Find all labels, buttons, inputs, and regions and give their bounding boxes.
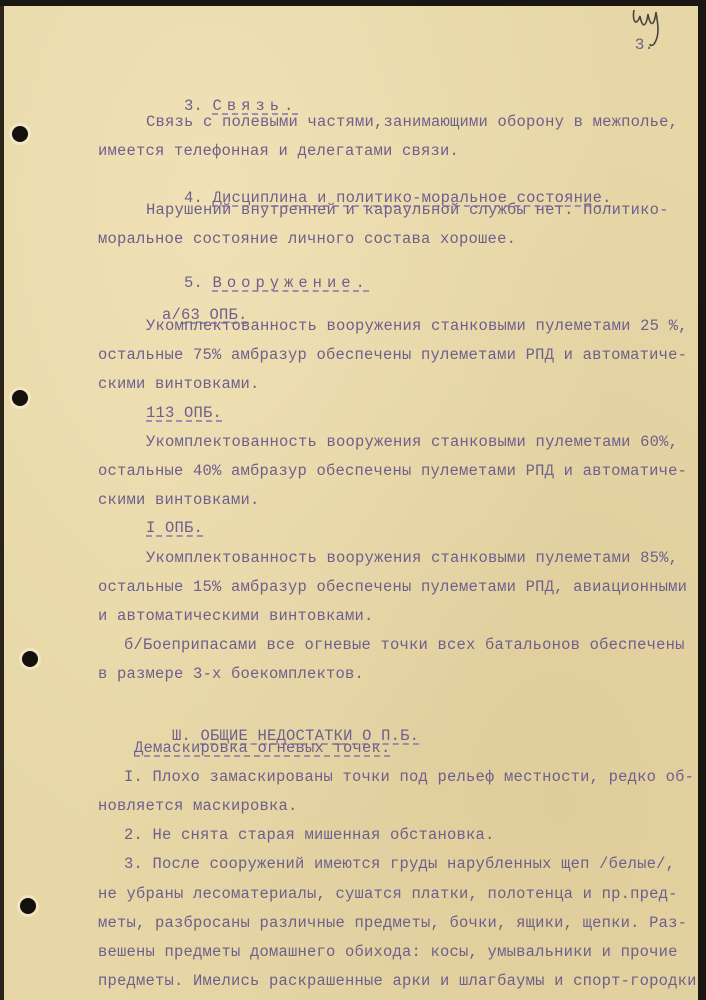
punch-hole — [12, 390, 28, 406]
section-iii-subtitle: Демаскировка огневых точек. — [134, 739, 391, 757]
unit-1-title: I ОПБ. — [146, 519, 203, 537]
text-line: скими винтовками. — [98, 375, 260, 393]
text-line: в размере 3-х боекомплектов. — [98, 665, 364, 683]
punch-hole — [22, 651, 38, 667]
text-line: Нарушений внутренней и караульной службы… — [146, 201, 669, 219]
text-line: 2. Не снята старая мишенная обстановка. — [124, 826, 495, 844]
text-line: остальные 75% амбразур обеспечены пулеме… — [98, 346, 687, 364]
text-line: и автоматическими винтовками. — [98, 607, 374, 625]
text-line: Укомплектованность вооружения станковыми… — [146, 317, 688, 335]
text-line: скими винтовками. — [98, 491, 260, 509]
page-number: 3. — [635, 36, 654, 54]
text-line: не убраны лесоматериалы, сушатся платки,… — [98, 885, 678, 903]
text-line: имеется телефонная и делегатами связи. — [98, 142, 459, 160]
punch-hole — [12, 126, 28, 142]
unit-113-title: 113 ОПБ. — [146, 404, 222, 422]
document-page: 3. 3. Связь. Связь с полевыми частями,за… — [0, 6, 698, 1000]
text-line: Укомплектованность вооружения станковыми… — [146, 549, 678, 567]
text-line: моральное состояние личного состава хоро… — [98, 230, 516, 248]
text-line: остальные 40% амбразур обеспечены пулеме… — [98, 462, 687, 480]
text-line: Связь с полевыми частями,занимающими обо… — [146, 113, 678, 131]
text-line: меты, разбросаны различные предметы, боч… — [98, 914, 687, 932]
text-line: 3. После сооружений имеются груды нарубл… — [124, 855, 675, 873]
text-line: вешены предметы домашнего обихода: косы,… — [98, 943, 678, 961]
text-line: б/Боеприпасами все огневые точки всех ба… — [124, 636, 685, 654]
punch-hole — [20, 898, 36, 914]
text-line: I. Плохо замаскированы точки под рельеф … — [124, 768, 694, 786]
page-edge — [0, 6, 4, 1000]
text-line: предметы. Имелись раскрашенные арки и шл… — [98, 972, 697, 990]
text-line: остальные 15% амбразур обеспечены пулеме… — [98, 578, 687, 596]
text-line: Укомплектованность вооружения станковыми… — [146, 433, 678, 451]
text-line: новляется маскировка. — [98, 797, 298, 815]
